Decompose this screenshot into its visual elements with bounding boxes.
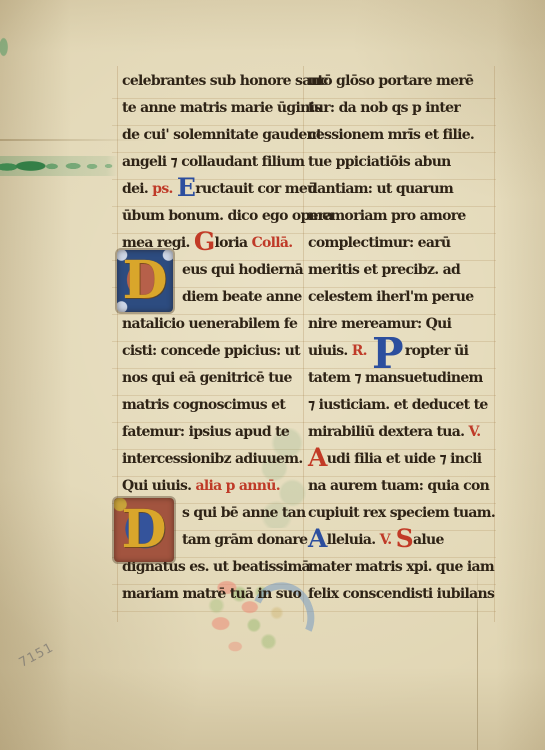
text-line: tur: da nob qs p inter (308, 95, 498, 122)
illuminated-initial-ds: D (114, 498, 174, 562)
text-line: angeli ⁊ collaudant filium (122, 149, 312, 176)
body-text: celebrantes sub honore sanc (122, 73, 328, 89)
text-line: uiuis. R. Propter ūi (308, 338, 498, 365)
body-text: tue ppiciatiōis abun (308, 154, 451, 170)
text-line: nire mereamur: Qui (308, 311, 498, 338)
body-text: s qui bē anne tan (182, 505, 306, 521)
body-text: tam grām donare (182, 532, 307, 548)
body-text: memoriam pro amore (308, 208, 466, 224)
body-text: mariam matrē tuā in suo (122, 586, 301, 602)
text-line: fatemur: ipsius apud te (122, 419, 312, 446)
body-text: intercessionibz adiuuem. (122, 451, 303, 467)
rubric-text: ps. (152, 181, 177, 197)
body-text: lleluia. (327, 532, 380, 548)
text-line: cupiuit rex speciem tuam. (308, 500, 498, 527)
body-text: fatemur: ipsius apud te (122, 424, 289, 440)
text-line: mariam matrē tuā in suo (122, 581, 312, 608)
text-line: memoriam pro amore (308, 203, 498, 230)
text-line: de cui' solemnitate gaudent (122, 122, 312, 149)
body-text: ūbum bonum. dico ego opera (122, 208, 333, 224)
text-line: meritis et precibz. ad (308, 257, 498, 284)
body-text: Qui uiuis. (122, 478, 196, 494)
body-text: meritis et precibz. ad (308, 262, 460, 278)
text-line: ūbum bonum. dico ego opera (122, 203, 312, 230)
body-text: celestem iherl'm perue (308, 289, 473, 305)
rubric-text: R. (352, 343, 371, 359)
body-text: mea regi. (122, 235, 194, 251)
rubric-text: V. (468, 424, 480, 440)
text-line: Audi filia et uide ⁊ incli (308, 446, 498, 473)
text-line: mirabiliū dextera tua. V. (308, 419, 498, 446)
body-text: tatem ⁊ mansuetudinem (308, 370, 483, 386)
body-text: diem beate anne (182, 289, 302, 305)
body-text: ropter ūi (405, 343, 468, 359)
body-text: udi filia et uide ⁊ incli (327, 451, 482, 467)
body-text: dantiam: ut quarum (308, 181, 453, 197)
body-text: tur: da nob qs p inter (308, 100, 460, 116)
body-text: matris cognoscimus et (122, 397, 285, 413)
text-line: te anne matris marie ūginis (122, 95, 312, 122)
body-text: eus qui hodiernā (182, 262, 303, 278)
text-line: utō glōso portare merē (308, 68, 498, 95)
text-line: natalicio uenerabilem fe (122, 311, 312, 338)
body-text: alue (413, 532, 444, 548)
initial-letter-d: D (121, 504, 166, 556)
pencil-shelfmark: 7151 (17, 640, 57, 671)
body-text: ⁊ iusticiam. et deducet te (308, 397, 488, 413)
text-line: complectimur: earū (308, 230, 498, 257)
body-text: felix conscendisti iubilans (308, 586, 494, 602)
text-line: nos qui eā genitricē tue (122, 365, 312, 392)
body-text: cessionem mrīs et filie. (308, 127, 474, 143)
body-text: mirabiliū dextera tua. (308, 424, 468, 440)
body-text: de cui' solemnitate gaudent (122, 127, 322, 143)
green-spot (0, 30, 12, 64)
body-text: loria (214, 235, 251, 251)
right-text-column: utō glōso portare merētur: da nob qs p i… (308, 68, 498, 608)
illuminated-initial-deus: D (117, 250, 173, 312)
text-line: tue ppiciatiōis abun (308, 149, 498, 176)
colored-initial: A (308, 524, 327, 553)
text-line: Qui uiuis. alia p annū. (122, 473, 312, 500)
body-text: na aurem tuam: quia con (308, 478, 489, 494)
colored-initial: S (396, 524, 413, 553)
manuscript-page: celebrantes sub honore sancte anne matri… (0, 0, 545, 750)
body-text: mater matris xpi. que iam (308, 559, 494, 575)
body-text: complectimur: earū (308, 235, 450, 251)
text-line: cessionem mrīs et filie. (308, 122, 498, 149)
body-text: utō glōso portare merē (308, 73, 473, 89)
body-text: nos qui eā genitricē tue (122, 370, 292, 386)
text-line: mater matris xpi. que iam (308, 554, 498, 581)
colored-initial: E (177, 173, 195, 202)
text-line: cisti: concede ppicius: ut (122, 338, 312, 365)
body-text: natalicio uenerabilem fe (122, 316, 297, 332)
body-text: cisti: concede ppicius: ut (122, 343, 300, 359)
colored-initial: A (308, 443, 327, 472)
colored-initial: G (194, 227, 215, 256)
text-line: celebrantes sub honore sanc (122, 68, 312, 95)
initial-letter-d: D (122, 255, 167, 307)
green-pigment-stain (0, 156, 118, 176)
text-line: na aurem tuam: quia con (308, 473, 498, 500)
body-text: ructauit cor meū (195, 181, 316, 197)
text-line: tatem ⁊ mansuetudinem (308, 365, 498, 392)
rubric-text: alia p annū. (196, 478, 280, 494)
text-line: ⁊ iusticiam. et deducet te (308, 392, 498, 419)
text-line: felix conscendisti iubilans (308, 581, 498, 608)
rubric-text: V. (380, 532, 396, 548)
text-line: intercessionibz adiuuem. (122, 446, 312, 473)
body-text: dei. (122, 181, 152, 197)
body-text: cupiuit rex speciem tuam. (308, 505, 495, 521)
text-line: dantiam: ut quarum (308, 176, 498, 203)
body-text: uiuis. (308, 343, 352, 359)
body-text: angeli ⁊ collaudant filium (122, 154, 304, 170)
rubric-text: Collā. (252, 235, 293, 251)
body-text: te anne matris marie ūginis (122, 100, 321, 116)
text-line: matris cognoscimus et (122, 392, 312, 419)
text-line: dei. ps. Eructauit cor meū (122, 176, 312, 203)
text-line: Alleluia. V. Salue (308, 527, 498, 554)
text-line: celestem iherl'm perue (308, 284, 498, 311)
